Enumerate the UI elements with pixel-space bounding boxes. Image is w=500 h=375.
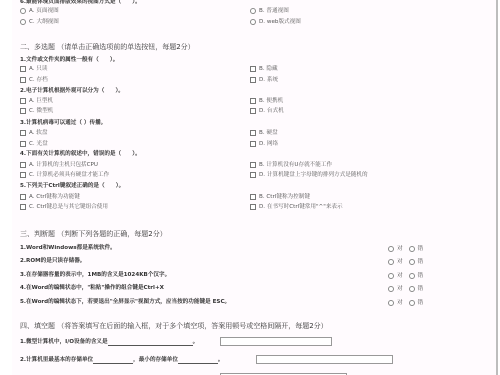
- checkbox[interactable]: [20, 66, 26, 72]
- checkbox[interactable]: [20, 172, 26, 178]
- answer-input-1[interactable]: [220, 337, 332, 346]
- checkbox[interactable]: [250, 98, 256, 104]
- answer-blank-line: [178, 357, 218, 364]
- radio-false[interactable]: [409, 259, 415, 265]
- radio-true[interactable]: [388, 286, 394, 292]
- true-false-options: 对错: [388, 284, 423, 292]
- option-d[interactable]: D. 网络: [250, 140, 278, 148]
- option-a[interactable]: A. Ctrl键称为功能键: [20, 193, 80, 201]
- option-d[interactable]: D. web版式视图: [250, 18, 301, 26]
- option-b[interactable]: B. 隐藏: [250, 65, 278, 73]
- option-b[interactable]: B. Ctrl键称为控制键: [250, 193, 310, 201]
- option-d[interactable]: D. 系统: [250, 76, 278, 84]
- checkbox[interactable]: [250, 66, 256, 72]
- checkbox[interactable]: [250, 194, 256, 200]
- option-c[interactable]: C. 微型机: [20, 107, 53, 115]
- answer-blank-line: [93, 357, 133, 364]
- checkbox[interactable]: [20, 141, 26, 147]
- question-text: 1.Word和Windows都是系统软件。: [20, 244, 116, 252]
- question-text: 5.下列关于Ctrl键叙述正确的是（ ）。: [20, 182, 124, 190]
- section-heading-multiple-choice: 二、多选题 （请单击正确选项前的单选按钮，每题2分）: [20, 43, 195, 51]
- radio-true[interactable]: [388, 259, 394, 265]
- question-text: 6.最能体现页面排版效果的视图方式是（ ）。: [20, 0, 141, 6]
- question-text: 4.在Word的编辑状态中，"粘贴"操作的组合键是Ctrl+X: [20, 284, 164, 292]
- radio-false[interactable]: [409, 273, 415, 279]
- checkbox[interactable]: [20, 130, 26, 136]
- option-a[interactable]: A. 页面视图: [20, 7, 59, 15]
- question-text: 2.ROM的是只读存储器。: [20, 257, 85, 265]
- true-false-options: 对错: [388, 271, 423, 279]
- checkbox[interactable]: [20, 204, 26, 210]
- checkbox[interactable]: [250, 108, 256, 114]
- question-text: 4.下面有关计算机的叙述中，错误的是（ ）。: [20, 150, 141, 158]
- checkbox[interactable]: [250, 162, 256, 168]
- question-text: 5.在Word的编辑状态下，若要退出"全屏显示"视图方式，应当按的功能键是 ES…: [20, 298, 230, 306]
- checkbox[interactable]: [250, 130, 256, 136]
- question-text: 2.电子计算机根据外观可以分为（ ）。: [20, 87, 124, 95]
- option-c[interactable]: C. 大纲视图: [20, 18, 59, 26]
- checkbox[interactable]: [250, 172, 256, 178]
- checkbox[interactable]: [250, 141, 256, 147]
- checkbox[interactable]: [20, 108, 26, 114]
- checkbox[interactable]: [20, 194, 26, 200]
- option-a[interactable]: A. 软盘: [20, 129, 48, 137]
- option-b[interactable]: B. 普通视图: [250, 7, 289, 15]
- radio-true[interactable]: [388, 246, 394, 252]
- option-b[interactable]: B. 硬盘: [250, 129, 278, 137]
- option-c[interactable]: C. 存档: [20, 76, 48, 84]
- checkbox[interactable]: [20, 77, 26, 83]
- radio-button[interactable]: [20, 19, 26, 25]
- option-d[interactable]: D. 计算机键盘上字母键的排列方式是随机的: [250, 171, 368, 179]
- radio-button[interactable]: [250, 8, 256, 14]
- radio-button[interactable]: [20, 8, 26, 14]
- question-text: 2.计算机里最基本的存储单位，最小的存储单位。: [20, 356, 224, 364]
- option-a[interactable]: A. 巨型机: [20, 97, 53, 105]
- checkbox[interactable]: [250, 77, 256, 83]
- option-c[interactable]: C. Ctrl键总是与其它键组合使用: [20, 203, 108, 211]
- radio-false[interactable]: [409, 246, 415, 252]
- option-a[interactable]: A. 计算机的主机只包括CPU: [20, 161, 98, 169]
- section-heading-fill-blank: 四、填空题 （将答案填写在后面的输入框，对于多个填空项，答案用顿号或空格间隔开，…: [20, 322, 328, 330]
- checkbox[interactable]: [250, 204, 256, 210]
- radio-true[interactable]: [388, 273, 394, 279]
- checkbox[interactable]: [20, 162, 26, 168]
- option-c[interactable]: C. 计算机必须具有硬盘才能工作: [20, 171, 109, 179]
- question-text: 3.在存储器容量的表示中，1MB的含义是1024KB个汉字。: [20, 271, 170, 279]
- question-text: 3.计算机病毒可以通过（ ）传播。: [20, 119, 106, 127]
- true-false-options: 对错: [388, 298, 423, 306]
- answer-blank-line: [108, 339, 193, 346]
- radio-false[interactable]: [409, 300, 415, 306]
- page-border-line: [496, 0, 498, 375]
- option-b[interactable]: B. 计算机没有U存就不能工作: [250, 161, 332, 169]
- option-d[interactable]: D. 台式机: [250, 107, 284, 115]
- checkbox[interactable]: [20, 98, 26, 104]
- true-false-options: 对错: [388, 257, 423, 265]
- radio-button[interactable]: [250, 19, 256, 25]
- option-b[interactable]: B. 便携机: [250, 97, 283, 105]
- section-heading-true-false: 三、判断题 （判断下列各题的正确，每题2分）: [20, 230, 167, 238]
- true-false-options: 对错: [388, 244, 423, 252]
- question-text: 1.文件或文件夹的属性一般有（ ）。: [20, 56, 118, 64]
- radio-true[interactable]: [388, 300, 394, 306]
- option-a[interactable]: A. 只读: [20, 65, 48, 73]
- option-c[interactable]: C. 光盘: [20, 140, 48, 148]
- radio-false[interactable]: [409, 286, 415, 292]
- question-text: 1.微型计算机中，I/O设备的含义是。: [20, 338, 198, 346]
- answer-input-2[interactable]: [256, 355, 393, 364]
- option-d[interactable]: D. 在书写时Ctrl键常用"^"来表示: [250, 203, 343, 211]
